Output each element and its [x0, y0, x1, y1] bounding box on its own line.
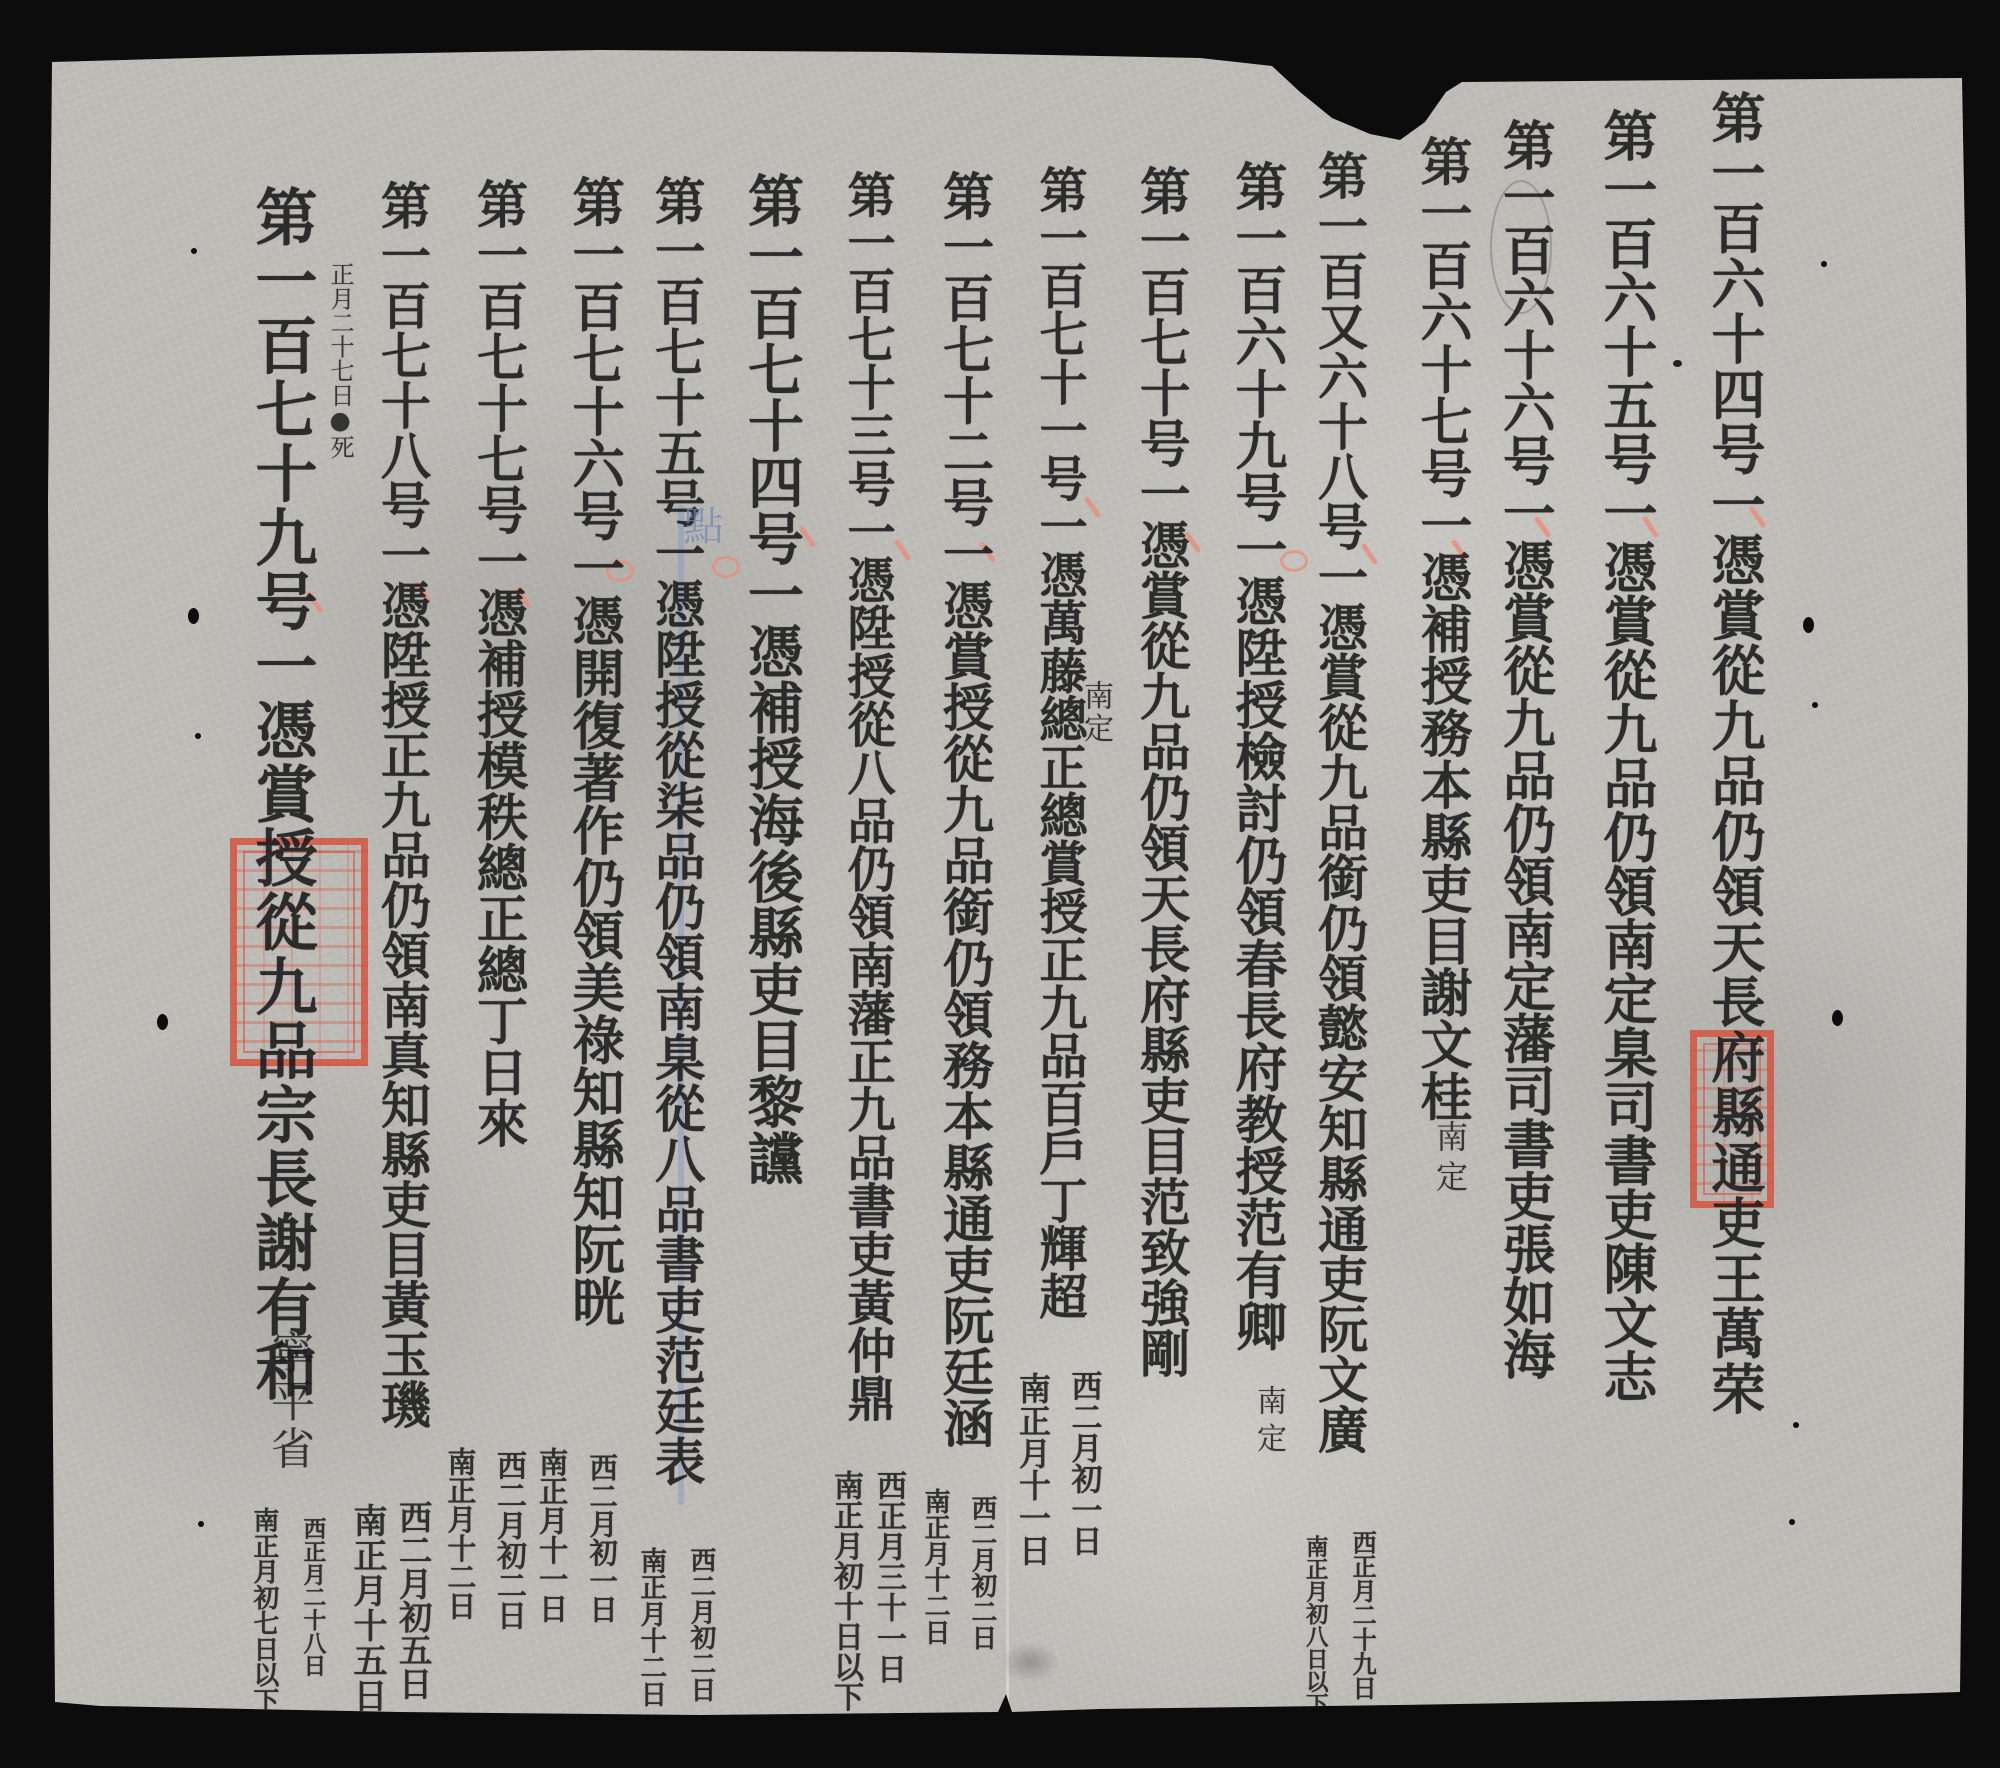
- date-lunar: 南正月十二日: [922, 1488, 948, 1645]
- binding-hole: [195, 733, 201, 739]
- document-viewer: 第一百六十四号一憑賞從九品仍領天長府縣通吏王萬荣 第一百六十五号一憑賞從九品仍領…: [0, 0, 2000, 1768]
- binding-hole: [1789, 1519, 1795, 1525]
- ink-dot: [1673, 360, 1682, 367]
- blue-pencil-mark: 點: [680, 505, 720, 560]
- red-tick-mark: [894, 539, 912, 562]
- date-western: 西二月初二日: [493, 1450, 523, 1630]
- margin-note-province: 南定: [1080, 680, 1110, 745]
- date-lunar: 南正月十五日: [350, 1503, 384, 1713]
- register-entry-167: 第一百六十七号一憑補授務本縣吏目謝文桂: [1415, 135, 1467, 1122]
- date-lunar: 南正月初十日以下: [830, 1470, 860, 1712]
- date-western: 西二月初一日: [1068, 1370, 1099, 1556]
- date-western: 西二月初五日: [396, 1500, 429, 1700]
- binding-hole: [1793, 1422, 1799, 1428]
- register-entry-166: 第一百六十六号一憑賞從九品仍領南定藩司書吏張如海: [1498, 118, 1551, 1380]
- date-lunar: 南正月初七日以下: [250, 1507, 276, 1713]
- binding-hole: [157, 1014, 168, 1030]
- binding-hole: [191, 248, 197, 254]
- date-lunar: 南正月十一日: [1017, 1372, 1049, 1566]
- register-entry-178: 第一百七十八号一憑陞授正九品仍領南真知縣吏目黃玉璣: [377, 180, 427, 1429]
- register-entry-172: 第一百七十二号一憑賞授從九品銜仍領務本縣通吏阮廷涵: [937, 170, 988, 1448]
- date-lunar: 南正月初八日以下: [1304, 1535, 1327, 1715]
- margin-note-province: 寧平省: [266, 1330, 310, 1473]
- binding-hole: [188, 608, 199, 624]
- date-western: 西二月初二日: [687, 1547, 713, 1702]
- margin-note-province: 南定: [1253, 1385, 1283, 1460]
- register-entry-164: 第一百六十四号一憑賞從九品仍領天長府縣通吏王萬荣: [1708, 90, 1762, 1416]
- register-entry-174: 第一百七十四号一憑補授海後縣吏目黎讜: [744, 172, 800, 1186]
- register-entry-169: 第一百六十九号一憑陞授檢討仍領春長府教授范有卿: [1230, 160, 1282, 1352]
- register-entry-175: 第一百七十五号一憑陞授從柒品仍領南臬從八品書吏范廷表: [651, 175, 701, 1486]
- manuscript-paper: 第一百六十四号一憑賞從九品仍領天長府縣通吏王萬荣 第一百六十五号一憑賞從九品仍領…: [0, 0, 2000, 1768]
- death-note: 正月二十七日●死: [328, 262, 352, 455]
- binding-hole: [198, 1521, 204, 1527]
- register-entry-173: 第一百七十三号一憑陞授從八品仍領南藩正九品書吏黃仲鼎: [843, 170, 891, 1422]
- register-entry-177: 第一百七十七号一憑補授模秩總正總丁日來: [471, 178, 522, 1148]
- date-lunar: 南正月十二日: [637, 1547, 664, 1707]
- register-entry-165: 第一百六十五号一憑賞從九品仍領南定臬司書吏陳文志: [1599, 108, 1653, 1403]
- date-western: 西二月初一日: [588, 1453, 616, 1623]
- date-western: 西正月二十八日: [301, 1517, 324, 1677]
- register-entry-168: 第一百又六十八号一憑賞從九品銜仍領懿安知縣通吏阮文廣: [1314, 150, 1364, 1454]
- binding-hole: [1832, 1010, 1843, 1026]
- binding-hole: [1812, 702, 1818, 708]
- margin-note-province: 南定: [1434, 1120, 1466, 1200]
- register-entry-170: 第一百七十号一憑賞從九品仍領天長府縣吏目范致強剛: [1136, 165, 1187, 1378]
- date-western: 西正月三十一日: [873, 1470, 903, 1684]
- register-entry-179: 第一百七十九号一憑賞授從九品宗長謝有和: [250, 185, 312, 1403]
- date-western: 西二月初二日: [968, 1495, 994, 1650]
- date-lunar: 南正月十二日: [446, 1447, 475, 1620]
- date-lunar: 南正月十一日: [537, 1447, 566, 1623]
- register-entry-171: 第一百七十一号一憑萬藤總正總賞授正九品百戶丁輝超: [1035, 165, 1083, 1320]
- date-western: 西正月二十九日: [1350, 1530, 1374, 1700]
- binding-hole: [1803, 617, 1814, 633]
- ink-smudge: [1000, 1642, 1060, 1682]
- binding-hole: [1821, 261, 1827, 267]
- register-entry-176: 第一百七十六号一憑開復著作仍領美祿知縣知阮晄: [567, 175, 619, 1327]
